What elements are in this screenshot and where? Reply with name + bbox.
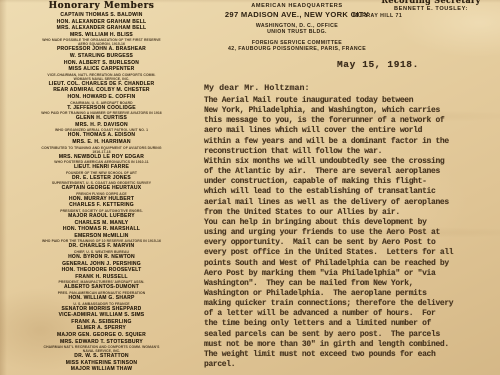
- member-name: HON. THEODORE ROOSEVELT: [0, 268, 203, 274]
- letter-body-line: every opportunity. Mail can be sent by A…: [204, 238, 498, 248]
- letter-body-line: this message to you, is the forerunner o…: [204, 116, 498, 126]
- member-name: HON. THOMAS R. MARSHALL: [0, 227, 203, 233]
- honorary-member-item: LIEUT. HENRI FARRE FOUNDER OF THE NEW SC…: [0, 165, 203, 175]
- member-note: VICE-CHAIRMAN, NAT'L RECREATION AND COMF…: [39, 73, 165, 81]
- letter-body-line: within a few years and will be a dominan…: [204, 137, 498, 147]
- letter-body-line: You can help in bringing about this deve…: [204, 218, 498, 228]
- letter-body-line: which will lead to the establishing of t…: [204, 187, 498, 197]
- member-name: MAJOR RAOUL LUFBERY: [0, 214, 203, 220]
- secretary-block: Recording Secretary BENNETT E. TOUSLEY:: [366, 0, 496, 13]
- honorary-member-item: VICE-ADMIRAL WILLIAM S. SIMS: [0, 313, 203, 319]
- foreign-address-line: 42, FAUBOURG POISSONNIERE, PARIS, FRANCE: [208, 46, 386, 52]
- honorary-member-item: HON. BYRON R. NEWTON: [0, 255, 203, 261]
- letter-body-line: must not be more than 30" in girth and l…: [204, 340, 498, 350]
- member-name: HON. WILLIAM G. SHARP: [0, 296, 203, 302]
- honorary-member-item: MRS. H. P. DAVISON WHO ORGANIZED AERIAL …: [0, 123, 203, 133]
- honorary-member-item: MAJOR WILLIAM THAW: [0, 367, 203, 373]
- honorary-member-item: MAJOR RAOUL LUFBERY: [0, 214, 203, 220]
- member-name: LIEUT. HENRI FARRE: [0, 165, 203, 171]
- honorary-member-item: HON. WILLIAM G. SHARP U. S. AMBASSADOR T…: [0, 296, 203, 306]
- member-note: CONTRIBUTED TO TRAINING AND EQUIPMENT OF…: [39, 146, 165, 154]
- honorary-member-item: DR. E. LESTER JONES SUPERINTENDENT, U. S…: [0, 176, 203, 186]
- letter-body-line: from the United States to our Allies by …: [204, 208, 498, 218]
- honorary-member-item: MAJOR GEN. GEORGE O. SQUIER: [0, 333, 203, 339]
- letter-body-line: aero mail lines which will cover the ent…: [204, 126, 498, 136]
- member-name: VICE-ADMIRAL WILLIAM S. SIMS: [0, 313, 203, 319]
- letter-body-line: The Aerial Mail route inaugurated today …: [204, 96, 498, 106]
- member-name: CAPTAIN THOMAS S. BALDWIN: [0, 13, 203, 19]
- american-headquarters-line: AMERICAN HEADQUARTERS: [208, 3, 386, 10]
- honorary-member-item: EMERSON McMILLIN WHO PAID FOR THE TRAINI…: [0, 234, 203, 244]
- honorary-member-item: MRS. NEWBOLD LE ROY EDGAR WHO FOSTERED A…: [0, 155, 203, 165]
- member-note: CHAIRMAN NAT'L RECREATION AND COMFORTS C…: [39, 345, 165, 353]
- member-name: DR. W. S. STRATTON: [0, 354, 203, 360]
- member-name: W. STARLING BURGESS: [0, 54, 203, 60]
- honorary-member-item: W. STARLING BURGESS: [0, 54, 203, 60]
- honorary-member-item: DR. CHARLES F. MARVIN CHIEF, U. S. WEATH…: [0, 244, 203, 254]
- phone-number: MURRAY HILL 71: [353, 13, 402, 19]
- honorary-member-item: HON. HOWARD E. COFFIN CHAIRMAN, U. S. AI…: [0, 95, 203, 105]
- honorary-member-item: HON. THEODORE ROOSEVELT: [0, 268, 203, 274]
- honorary-member-item: MRS. E. H. HARRIMAN CONTRIBUTED TO TRAIN…: [0, 140, 203, 154]
- honorary-member-item: T. JEFFERSON COOLIDGE WHO PAID FOR TRAIN…: [0, 106, 203, 116]
- letter-body-line: Aero Post by marking them "via Philadelp…: [204, 269, 498, 279]
- letter-body: The Aerial Mail route inaugurated today …: [204, 96, 498, 370]
- letter-body-line: parcel.: [204, 360, 498, 370]
- honorary-member-item: CAPTAIN THOMAS S. BALDWIN: [0, 13, 203, 19]
- secretary-name: BENNETT E. TOUSLEY:: [366, 5, 496, 13]
- letter-body-line: Washington or Philadelphia. The aeroplan…: [204, 289, 498, 299]
- letter-date: May 15, 1918.: [337, 59, 419, 70]
- honorary-members-heading: Honorary Members: [0, 1, 203, 11]
- honorary-members-sidebar: Honorary Members CAPTAIN THOMAS S. BALDW…: [0, 1, 203, 374]
- honorary-member-item: MRS. WILLIAM H. BLISS WHO MADE POSSIBLE …: [0, 33, 203, 47]
- letter-salutation: My dear Mr. Holtzman:: [204, 83, 310, 93]
- letter-page: Honorary Members CAPTAIN THOMAS S. BALDW…: [0, 0, 500, 375]
- member-name: GLENN H. CURTISS: [0, 116, 203, 122]
- letter-body-line: of the Atlantic by air. There are severa…: [204, 167, 498, 177]
- honorary-member-item: MISS ALICE CARPENTER VICE-CHAIRMAN, NAT'…: [0, 67, 203, 81]
- letter-body-line: The weight limit must not exceed two pou…: [204, 350, 498, 360]
- honorary-member-item: DR. W. S. STRATTON: [0, 354, 203, 360]
- honorary-member-item: GLENN H. CURTISS: [0, 116, 203, 122]
- letter-body-line: points South and West of Philadelphia ca…: [204, 259, 498, 269]
- honorary-member-item: CAPTAIN GEORGE HEURTAUX FRENCH FLYING CO…: [0, 186, 203, 196]
- letter-body-line: of a letter will be advanced a number of…: [204, 309, 498, 319]
- honorary-member-item: ALBERTO SANTOS-DUMONT PRES. PAN-AMERICAN…: [0, 285, 203, 295]
- honorary-member-item: MRS. ALEXANDER GRAHAM BELL: [0, 26, 203, 32]
- letter-body-line: reconstruction that will follow the war.: [204, 147, 498, 157]
- member-name: MAJOR GEN. GEORGE O. SQUIER: [0, 333, 203, 339]
- member-note: U. S. AMBASSADOR TO FRANCE: [39, 302, 165, 306]
- letter-body-line: the time being only letters and a limite…: [204, 319, 498, 329]
- member-name: MRS. E. H. HARRIMAN: [0, 140, 203, 146]
- letter-body-line: Washington". They can be mailed from New…: [204, 279, 498, 289]
- honorary-member-item: CHARLES F. KETTERING PRESIDENT, SOCIETY …: [0, 203, 203, 213]
- honorary-member-item: MRS. EDWARD T. STOTESBURY CHAIRMAN NAT'L…: [0, 340, 203, 354]
- member-name: MISS ALICE CARPENTER: [0, 67, 203, 73]
- letter-body-line: New York, Philadelphia, and Washington, …: [204, 106, 498, 116]
- member-name: HON. BYRON R. NEWTON: [0, 255, 203, 261]
- letterhead-center: AMERICAN HEADQUARTERS 297 MADISON AVE., …: [208, 3, 386, 53]
- letter-body-line: under construction, capable of making th…: [204, 177, 498, 187]
- letter-body-line: sealed parcels can be sent by aero post.…: [204, 330, 498, 340]
- member-name: HON. HOWARD E. COFFIN: [0, 95, 203, 101]
- letter-body-line: aerial mail lines as well as the deliver…: [204, 198, 498, 208]
- honorary-members-list: CAPTAIN THOMAS S. BALDWIN HON. ALEXANDER…: [0, 13, 203, 373]
- honorary-member-item: FRANK H. RUSSELL PRESIDENT, MANUFACTURER…: [0, 275, 203, 285]
- letter-body-line: using and urging your friends to use the…: [204, 228, 498, 238]
- member-name: MAJOR WILLIAM THAW: [0, 367, 203, 373]
- letter-body-line: making quicker train connections; theref…: [204, 299, 498, 309]
- member-name: MRS. ALEXANDER GRAHAM BELL: [0, 26, 203, 32]
- letter-body-line: Within six months we will undoubtedly se…: [204, 157, 498, 167]
- honorary-member-item: HON. THOMAS R. MARSHALL: [0, 227, 203, 233]
- letter-body-line: every post office in the United States. …: [204, 248, 498, 258]
- member-note: CHAIRMAN, U. S. AIRCRAFT BOARD: [39, 101, 165, 105]
